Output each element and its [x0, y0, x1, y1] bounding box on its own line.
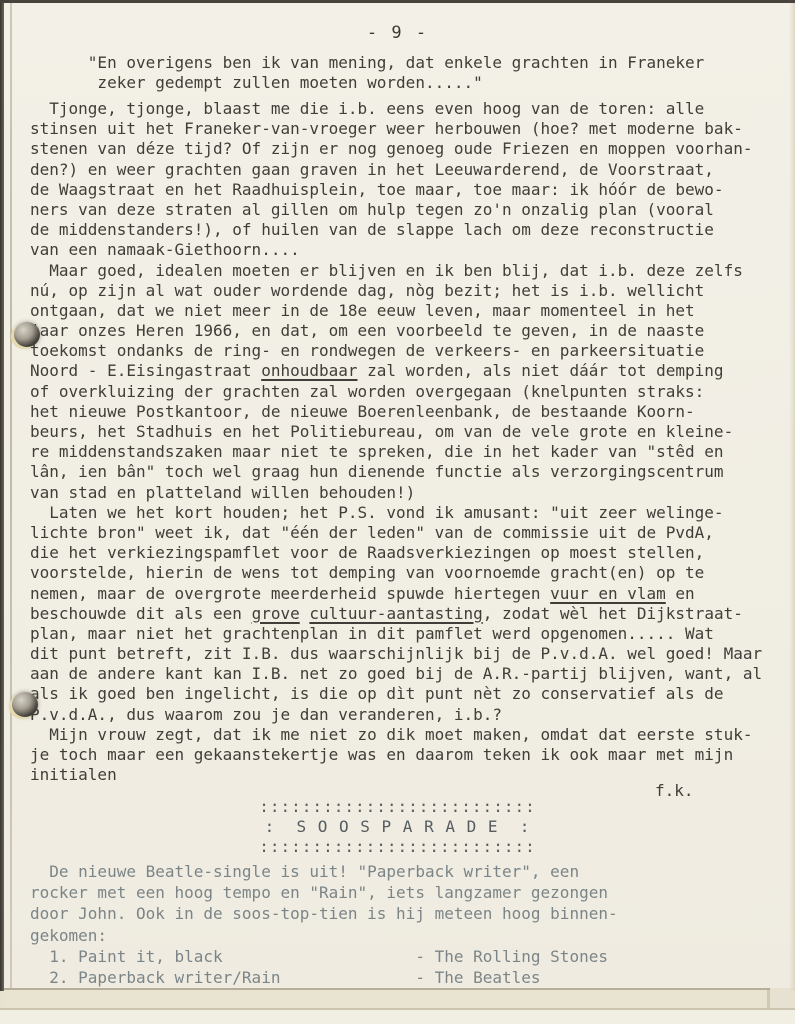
text-line: van stad en platteland willen behouden!) [30, 483, 762, 503]
text-line: plan, maar niet het grachtenplan in dit … [30, 624, 762, 644]
soosparade-header: :::::::::::::::::::::::::: : S O O S P A… [0, 797, 795, 857]
text-line: je toch maar een gekaanstekertje was en … [30, 745, 762, 765]
text-line: 1. Paint it, black - The Rolling Stones [30, 946, 618, 967]
text-line: Laten we het kort houden; het P.S. vond … [30, 503, 762, 523]
text-line: beschouwde dit als een grove cultuur-aan… [30, 604, 762, 624]
scanned-page-background: - 9 - "En overigens ben ik van mening, d… [0, 0, 795, 1024]
page-number: - 9 - [0, 23, 795, 43]
text-line: Mijn vrouw zegt, dat ik me niet zo dik m… [30, 725, 762, 745]
text-line: 2. Paperback writer/Rain - The Beatles [30, 967, 618, 988]
text-line: lân, ien bân" toch wel graag hun dienend… [30, 462, 762, 482]
text-line: rocker met een hoog tempo en "Rain", iet… [30, 882, 618, 903]
text-line: P.v.d.A., dus waarom zou je dan verander… [30, 705, 762, 725]
text-line: Tjonge, tjonge, blaast me die i.b. eens … [30, 99, 762, 119]
text-line: aan de andere kant kan I.B. net zo goed … [30, 664, 762, 684]
text-line: toekomst ondanks de ring- en rondwegen d… [30, 341, 762, 361]
under-sheet-edge-2 [0, 1008, 795, 1024]
text-line: voorstelde, hierin de wens tot demping v… [30, 563, 762, 583]
under-sheet-edge [4, 988, 770, 1010]
text-line: "En overigens ben ik van mening, dat enk… [30, 53, 704, 73]
soos-top-ten-section: De nieuwe Beatle-single is uit! "Paperba… [30, 861, 618, 988]
text-line: ontgaan, dat we niet meer in de 18e eeuw… [30, 301, 762, 321]
article-body: Tjonge, tjonge, blaast me die i.b. eens … [30, 99, 762, 785]
soosparade-border-top: :::::::::::::::::::::::::: [0, 797, 795, 817]
text-line: ners van deze straten al gillen om hulp … [30, 200, 762, 220]
soosparade-title: : S O O S P A R A D E : [0, 817, 795, 837]
text-line: den?) en weer grachten gaan graven in he… [30, 160, 762, 180]
soosparade-border-bottom: :::::::::::::::::::::::::: [0, 837, 795, 857]
text-line: lichte bron" weet ik, dat "één der leden… [30, 523, 762, 543]
text-line: stinsen uit het Franeker-van-vroeger wee… [30, 119, 762, 139]
text-line: stenen van déze tijd? Of zijn er nog gen… [30, 139, 762, 159]
text-line: als ik goed ben ingelicht, is die op dìt… [30, 684, 762, 704]
text-line: nú, op zijn al wat ouder wordende dag, n… [30, 281, 762, 301]
text-line: initialen [30, 765, 762, 785]
text-line: die het verkiezingspamflet voor de Raads… [30, 543, 762, 563]
punch-hole-top [14, 322, 40, 347]
opening-quote: "En overigens ben ik van mening, dat enk… [30, 53, 704, 93]
text-line: de middenstanders!), of huilen van de sl… [30, 220, 762, 240]
text-line: de Waagstraat en het Raadhuisplein, toe … [30, 180, 762, 200]
text-line: of overkluizing der grachten zal worden … [30, 382, 762, 402]
text-line: Noord - E.Eisingastraat onhoudbaar zal w… [30, 361, 762, 381]
text-line: Maar goed, idealen moeten er blijven en … [30, 261, 762, 281]
text-line: De nieuwe Beatle-single is uit! "Paperba… [30, 861, 618, 882]
text-line: nemen, maar de overgrote meerderheid spu… [30, 584, 762, 604]
text-line: beurs, het Stadhuis en het Politiebureau… [30, 422, 762, 442]
text-line: door John. Ook in de soos-top-tien is hi… [30, 903, 618, 924]
text-line: re middenstandszaken maar niet te spreke… [30, 442, 762, 462]
text-line: gekomen: [30, 925, 618, 946]
text-line: jaar onzes Heren 1966, en dat, om een vo… [30, 321, 762, 341]
text-line: van een namaak-Giethoorn.... [30, 240, 762, 260]
page-sheet: - 9 - "En overigens ben ik van mening, d… [0, 0, 795, 988]
text-line: het nieuwe Postkantoor, de nieuwe Boeren… [30, 402, 762, 422]
text-line: dit punt betreft, zit I.B. dus waarschij… [30, 644, 762, 664]
punch-hole-bottom [12, 692, 38, 717]
text-line: zeker gedempt zullen moeten worden....." [30, 73, 704, 93]
